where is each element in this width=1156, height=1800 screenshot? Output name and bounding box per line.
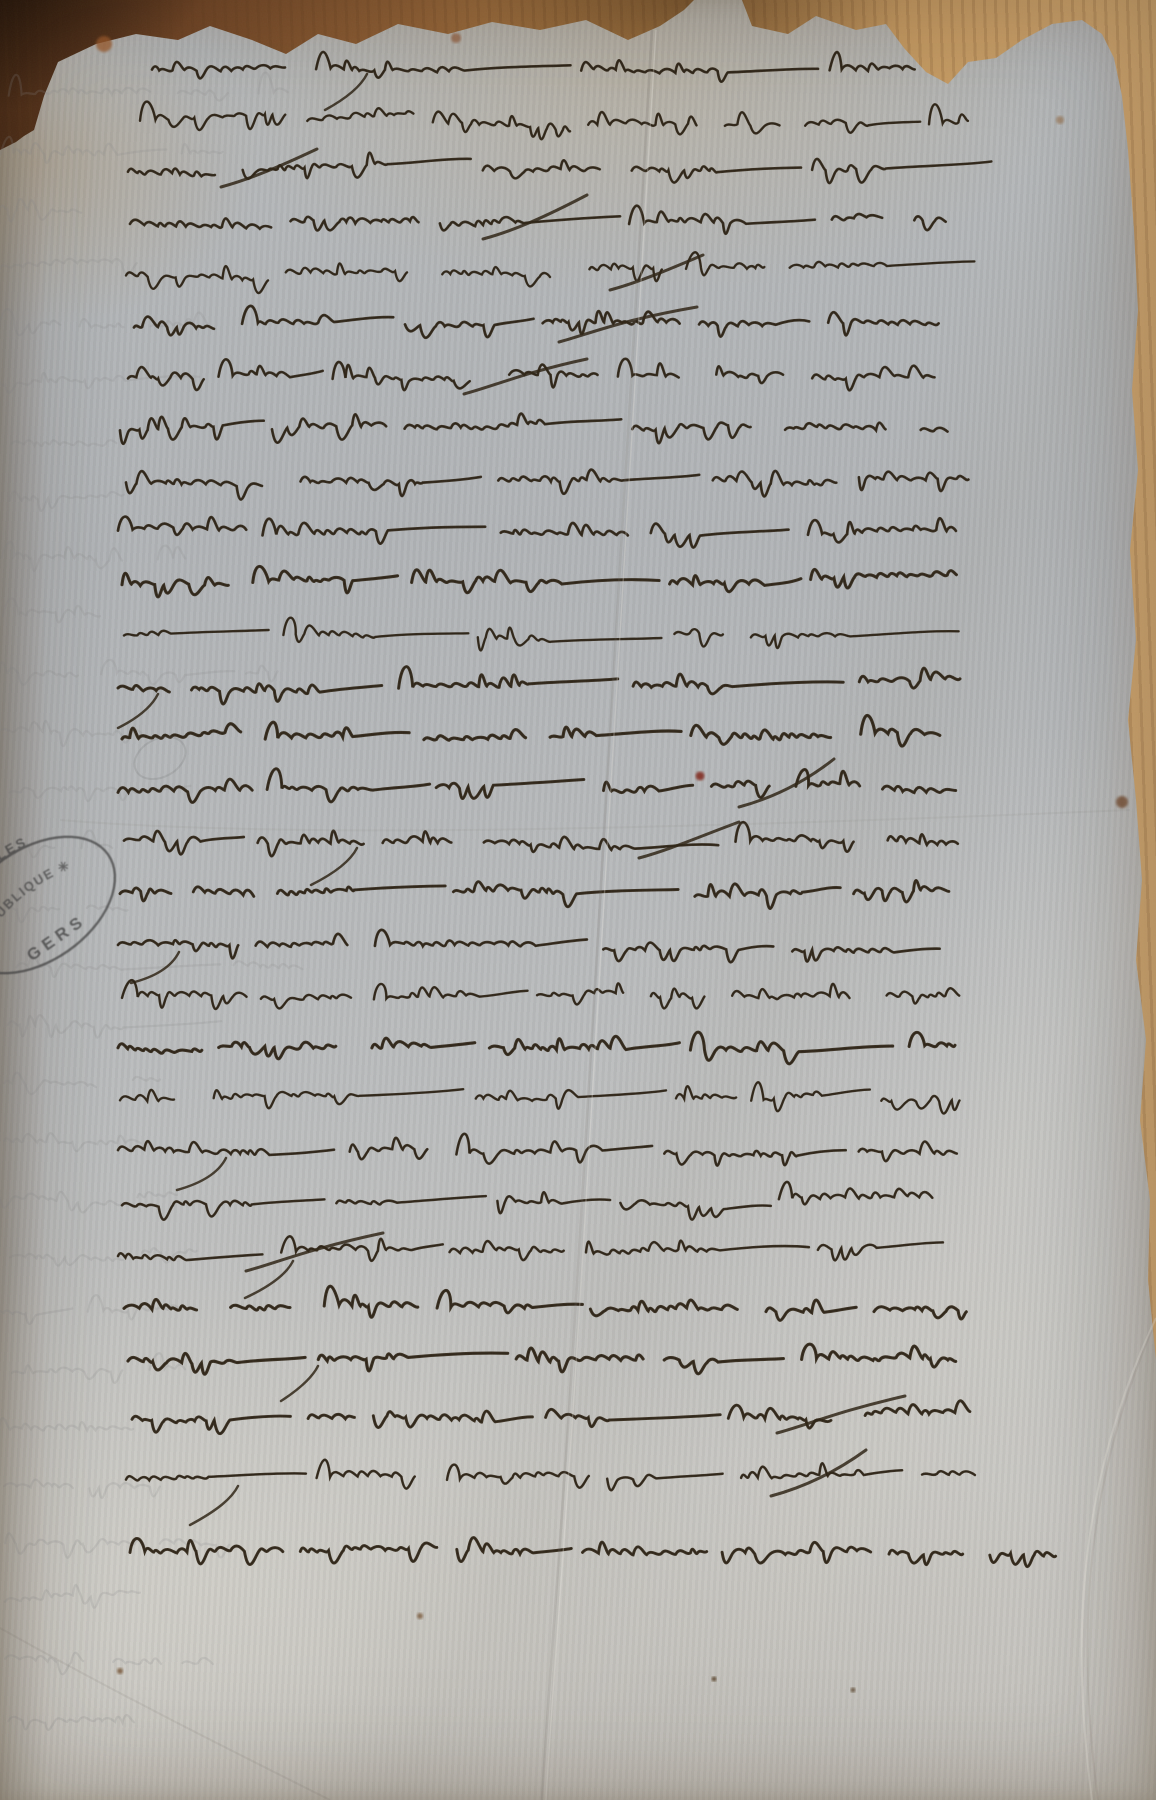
page-content-overlay: TÉMENTALES PUBLIQUE ✳ GERS	[0, 0, 1156, 1800]
photo-grain	[0, 0, 1156, 1800]
photo-of-manuscript: TÉMENTALES PUBLIQUE ✳ GERS	[0, 0, 1156, 1800]
